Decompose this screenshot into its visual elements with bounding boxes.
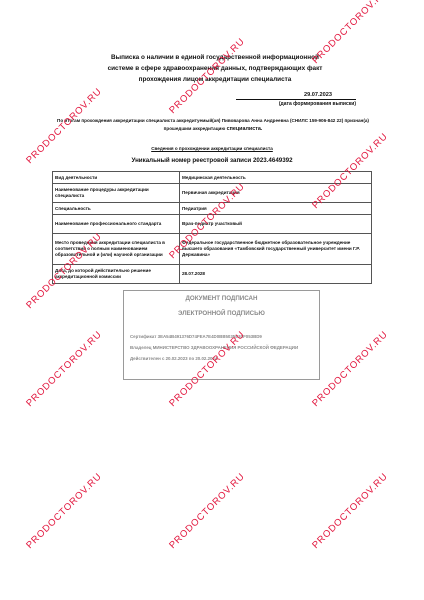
intro-emphasis: специалиста.: [227, 126, 263, 132]
table-row: Вид деятельности Медицинская деятельност…: [53, 172, 372, 184]
watermark: PRODOCTOROV.RU: [167, 471, 247, 551]
signature-heading-2: ЭЛЕКТРОННОЙ ПОДПИСЬЮ: [124, 310, 319, 318]
section-heading: Сведения о прохождении аккредитации спец…: [112, 146, 312, 151]
row-key: Вид деятельности: [53, 172, 180, 184]
watermark: PRODOCTOROV.RU: [24, 329, 104, 409]
row-value: Федеральное государственное бюджетное об…: [180, 234, 372, 265]
watermark: PRODOCTOROV.RU: [310, 471, 390, 551]
electronic-signature-stamp: ДОКУМЕНТ ПОДПИСАН ЭЛЕКТРОННОЙ ПОДПИСЬЮ С…: [123, 290, 320, 380]
row-key: Наименование процедуры аккредитации спец…: [53, 184, 180, 203]
issue-date-caption: (дата формирования выписки): [236, 100, 356, 108]
signature-certificate: Сертификат 3EA54B491376D74FEA7E4D0BB5035…: [124, 334, 319, 340]
registry-number: Уникальный номер реестровой записи 2023.…: [96, 157, 328, 164]
signature-heading-1: ДОКУМЕНТ ПОДПИСАН: [124, 295, 319, 303]
issue-date-block: 29.07.2023 (дата формирования выписки): [236, 91, 356, 108]
table-row: Дата, до которой действительно решение а…: [53, 265, 372, 284]
row-value: 28.07.2028: [180, 265, 372, 284]
watermark: PRODOCTOROV.RU: [24, 471, 104, 551]
row-key: Специальность: [53, 203, 180, 215]
watermark: PRODOCTOROV.RU: [310, 329, 390, 409]
intro-paragraph: По итогам прохождения аккредитации специ…: [50, 117, 376, 133]
intro-text: По итогам прохождения аккредитации специ…: [57, 118, 369, 131]
row-key: Наименование профессионального стандарта: [53, 215, 180, 234]
issue-date: 29.07.2023: [236, 91, 356, 100]
row-value: Первичная аккредитация: [180, 184, 372, 203]
watermark: PRODOCTOROV.RU: [310, 0, 390, 66]
